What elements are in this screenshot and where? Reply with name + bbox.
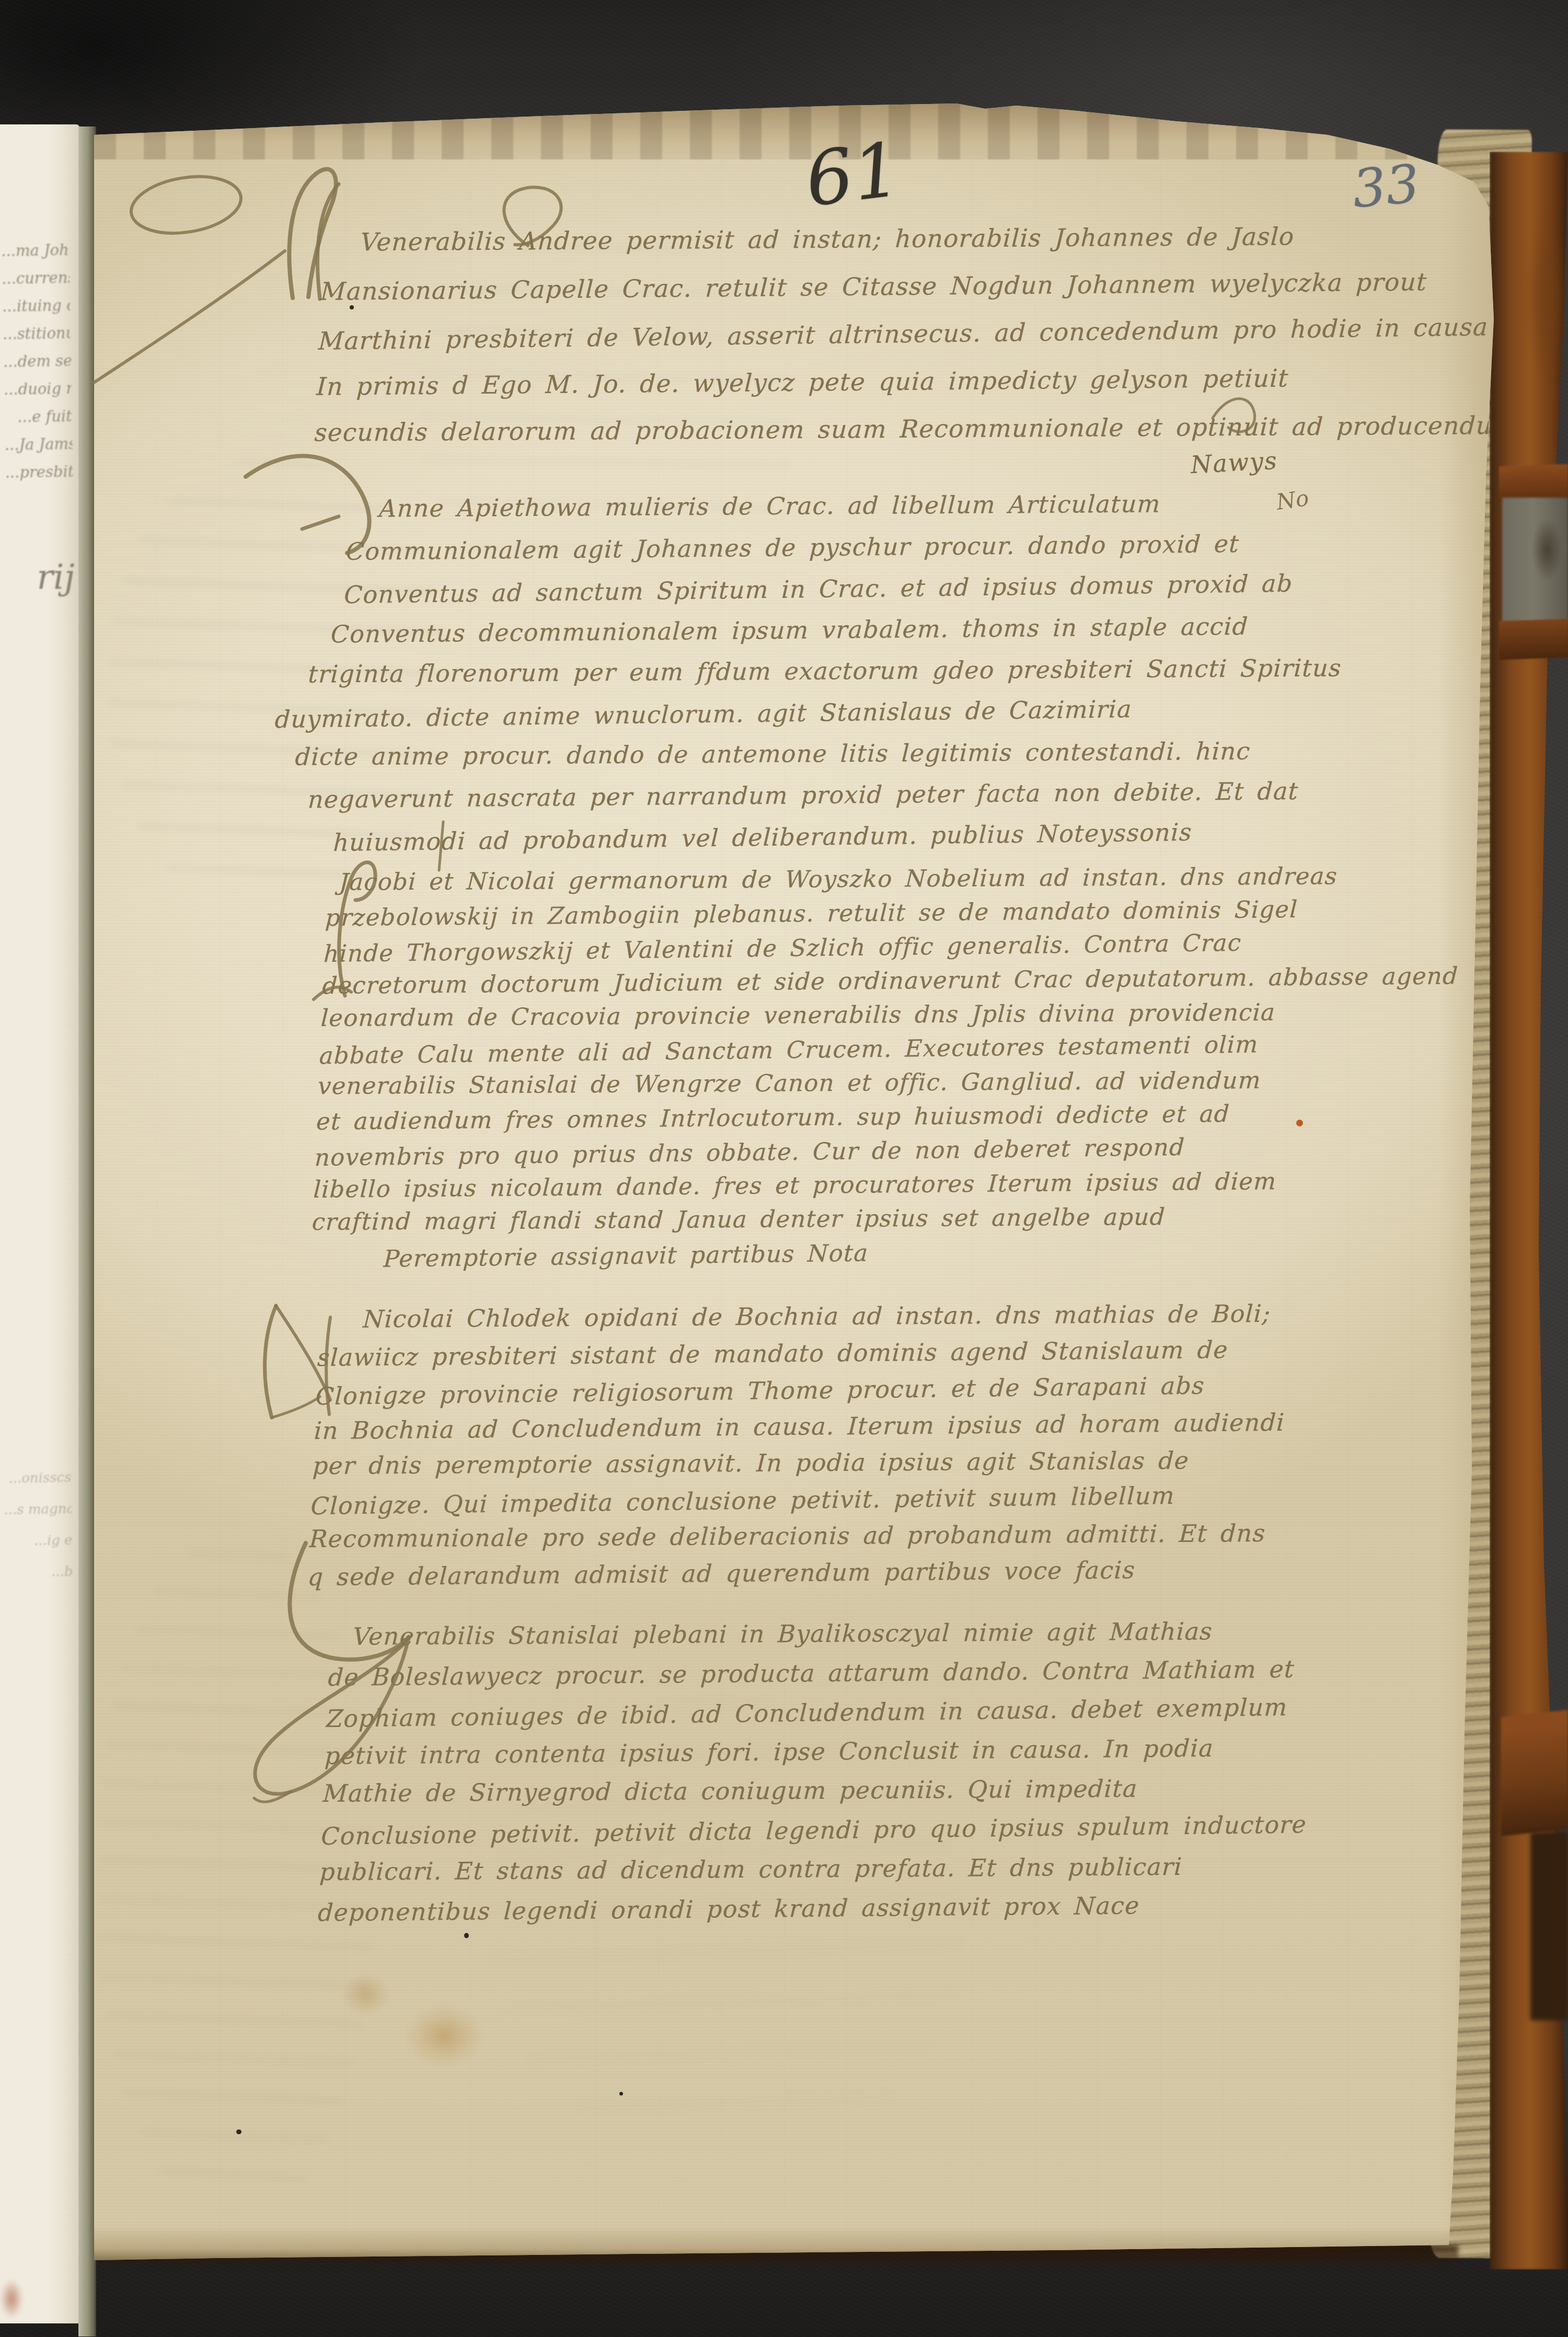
facing-page-fragment: ...presbiteri dni	[5, 458, 73, 487]
facing-page-fragment: rij	[6, 548, 75, 607]
clasp-strap-lower-leather	[1501, 1710, 1568, 1836]
manuscript-line: secundis delarorum ad probacionem suam R…	[314, 402, 1492, 457]
cover-blur-highlight	[1527, 217, 1568, 379]
manuscript-line: Venerabilis Andree permisit ad instan; h…	[360, 212, 1501, 266]
facing-page-text-upper: ...ma Johis...currens nafru....ituing om…	[1, 236, 75, 607]
manuscript-page: 61 33 No Venerabilis Andree permisit ad …	[94, 99, 1505, 2263]
clasp-strap-lower-pad	[1530, 1832, 1568, 2020]
manuscript-line: Recommunionale pro sede deliberacionis a…	[308, 1513, 1523, 1557]
facing-page-fragment: ...e fuit	[4, 402, 72, 431]
facing-page-edge: ...ma Johis...currens nafru....ituing om…	[0, 124, 79, 2323]
paper-stain	[405, 2005, 483, 2067]
clasp-strap-upper-leather	[1499, 464, 1568, 502]
paper-speck	[236, 2129, 241, 2134]
paragraph-entry-2: Anne Apiethowa mulieris de Crac. ad libe…	[269, 480, 1498, 862]
folio-number-right: 33	[1350, 153, 1422, 220]
manuscript-photo: ...ma Johis...currens nafru....ituing om…	[0, 0, 1568, 2337]
photo-artifact-fleck	[0, 2279, 23, 2319]
page-separator-strip	[78, 126, 96, 2336]
manuscript-line: publicari. Et stans ad dicendum contra p…	[319, 1845, 1523, 1892]
notary-signature: Nawys	[1190, 446, 1278, 479]
facing-page-fragment: ...ma Johis	[1, 236, 70, 265]
facing-page-fragment: ...currens nafru.	[2, 264, 70, 293]
manuscript-line: Venerabilis Stanislai plebani in Byaliko…	[352, 1610, 1533, 1656]
facing-page-fragment: ...stitionum ab	[3, 319, 71, 348]
paper-speck	[464, 1933, 469, 1938]
folio-number-center: 61	[801, 126, 905, 224]
facing-page-fragment: ...s magnai.	[4, 1493, 72, 1526]
paragraph-entry-1: Venerabilis Andree permisit ad instan; h…	[314, 210, 1501, 458]
facing-page-fragment: ...ig e	[4, 1525, 73, 1557]
facing-page-text-lower: ...onisscs...s magnai....ig e...b	[3, 1462, 73, 1588]
manuscript-line: Nicolai Chlodek opidani de Bochnia ad in…	[362, 1294, 1533, 1338]
facing-page-fragment: ...Ja Jamsko	[4, 430, 73, 459]
facing-page-fragment: ...dem segend	[3, 347, 72, 376]
manuscript-line: dicte anime procur. dando de antemone li…	[294, 729, 1487, 778]
facing-page-fragment: ...duoig mano	[3, 375, 72, 404]
clasp-strap-upper-lower-band	[1499, 619, 1568, 660]
paragraph-entry-4: Nicolai Chlodek opidani de Bochnia ad in…	[307, 1292, 1532, 1595]
clasp-strap-upper-metal	[1502, 498, 1568, 623]
paper-stain	[342, 1973, 389, 2015]
deckled-top-edge	[94, 99, 1505, 159]
facing-page-fragment: ...ituing omichede	[2, 292, 71, 320]
paragraph-entry-5: Venerabilis Stanislai plebani in Byaliko…	[317, 1608, 1533, 1932]
paper-speck	[619, 2092, 623, 2096]
manuscript-line: Anne Apiethowa mulieris de Crac. ad libe…	[378, 481, 1498, 529]
facing-page-fragment: ...b	[5, 1556, 73, 1588]
facing-page-fragment: ...onisscs	[3, 1462, 72, 1494]
paragraph-entry-3: Jacobi et Nicolai germanorum de Woyszko …	[309, 856, 1540, 1274]
